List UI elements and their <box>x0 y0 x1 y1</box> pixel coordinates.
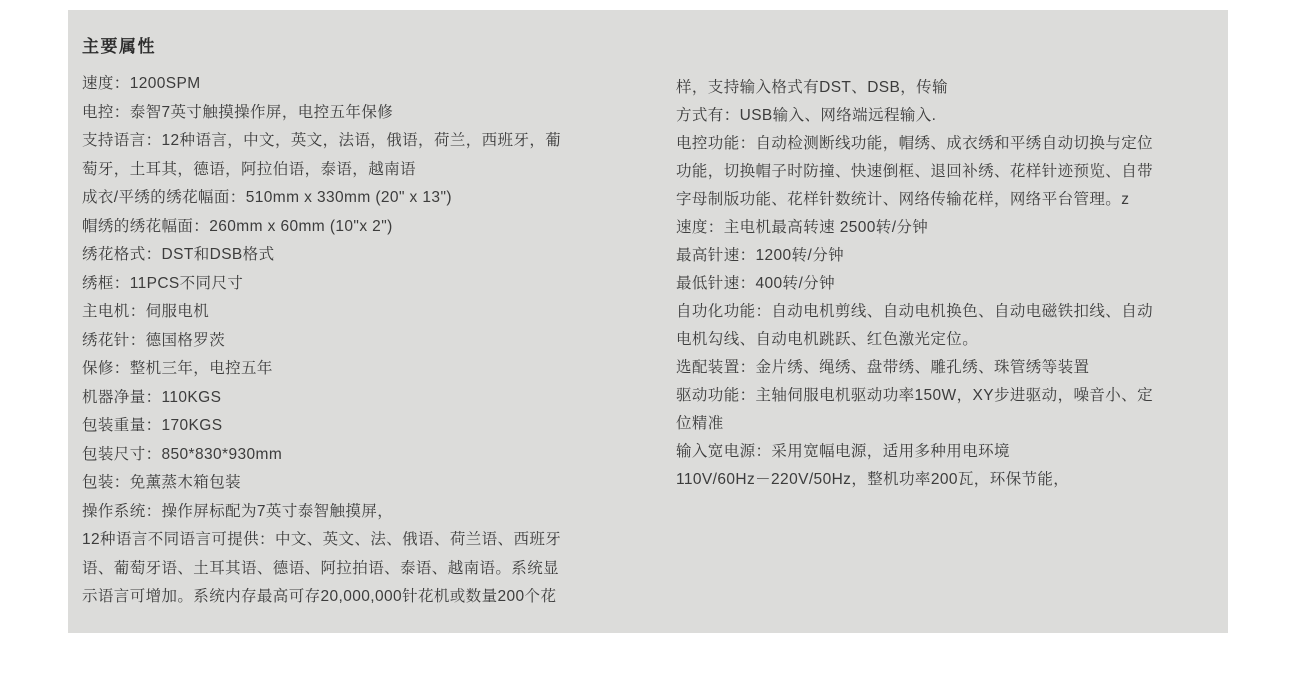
spec-line: 支持语言：12种语言，中文，英文，法语，俄语，荷兰，西班牙，葡 <box>82 127 662 156</box>
spec-line: 萄牙，土耳其，德语，阿拉伯语，泰语，越南语 <box>82 156 662 185</box>
spec-line: 绣花针：德国格罗茨 <box>82 327 662 356</box>
spec-line: 绣花格式：DST和DSB格式 <box>82 241 662 270</box>
spec-line: 最高针速：1200转/分钟 <box>676 242 1221 270</box>
spec-line: 包装尺寸：850*830*930mm <box>82 441 662 470</box>
spec-line: 方式有：USB输入、网络端远程输入. <box>676 102 1221 130</box>
spec-line: 样，支持输入格式有DST、DSB，传输 <box>676 74 1221 102</box>
spec-line: 操作系统：操作屏标配为7英寸泰智触摸屏， <box>82 498 662 527</box>
spec-line: 包装重量：170KGS <box>82 412 662 441</box>
spec-line: 功能，切换帽子时防撞、快速倒框、退回补绣、花样针迹预览、自带 <box>676 158 1221 186</box>
spec-line: 电机勾线、自动电机跳跃、红色激光定位。 <box>676 326 1221 354</box>
spec-line: 输入宽电源：采用宽幅电源，适用多种用电环境 <box>676 438 1221 466</box>
page: 主要属性 速度：1200SPM电控：泰智7英寸触摸操作屏，电控五年保修支持语言：… <box>0 0 1300 675</box>
spec-panel: 主要属性 速度：1200SPM电控：泰智7英寸触摸操作屏，电控五年保修支持语言：… <box>68 10 1228 633</box>
spec-line: 最低针速：400转/分钟 <box>676 270 1221 298</box>
spec-column-right: 样，支持输入格式有DST、DSB，传输方式有：USB输入、网络端远程输入.电控功… <box>676 74 1221 494</box>
spec-line: 包装：免薰蒸木箱包装 <box>82 469 662 498</box>
spec-line: 保修：整机三年，电控五年 <box>82 355 662 384</box>
spec-line: 绣框：11PCS不同尺寸 <box>82 270 662 299</box>
spec-column-left: 速度：1200SPM电控：泰智7英寸触摸操作屏，电控五年保修支持语言：12种语言… <box>82 70 662 612</box>
spec-line: 主电机：伺服电机 <box>82 298 662 327</box>
spec-line: 示语言可增加。系统内存最高可存20,000,000针花机或数量200个花 <box>82 583 662 612</box>
spec-line: 帽绣的绣花幅面：260mm x 60mm (10"x 2") <box>82 213 662 242</box>
spec-line: 电控：泰智7英寸触摸操作屏，电控五年保修 <box>82 99 662 128</box>
spec-line: 语、葡萄牙语、土耳其语、德语、阿拉拍语、泰语、越南语。系统显 <box>82 555 662 584</box>
spec-line: 自功化功能：自动电机剪线、自动电机换色、自动电磁铁扣线、自动 <box>676 298 1221 326</box>
spec-line: 驱动功能：主轴伺服电机驱动功率150W，XY步进驱动，噪音小、定 <box>676 382 1221 410</box>
spec-line: 110V/60Hz－220V/50Hz，整机功率200瓦，环保节能， <box>676 466 1221 494</box>
spec-line: 选配装置：金片绣、绳绣、盘带绣、雕孔绣、珠管绣等装置 <box>676 354 1221 382</box>
spec-line: 速度：主电机最高转速 2500转/分钟 <box>676 214 1221 242</box>
spec-line: 12种语言不同语言可提供：中文、英文、法、俄语、荷兰语、西班牙 <box>82 526 662 555</box>
spec-line: 机器净量：110KGS <box>82 384 662 413</box>
spec-line: 速度：1200SPM <box>82 70 662 99</box>
spec-line: 成衣/平绣的绣花幅面：510mm x 330mm (20" x 13") <box>82 184 662 213</box>
spec-line: 电控功能：自动检测断线功能，帽绣、成衣绣和平绣自动切换与定位 <box>676 130 1221 158</box>
section-title: 主要属性 <box>82 32 156 57</box>
spec-line: 字母制版功能、花样针数统计、网络传输花样，网络平台管理。z <box>676 186 1221 214</box>
spec-line: 位精准 <box>676 410 1221 438</box>
